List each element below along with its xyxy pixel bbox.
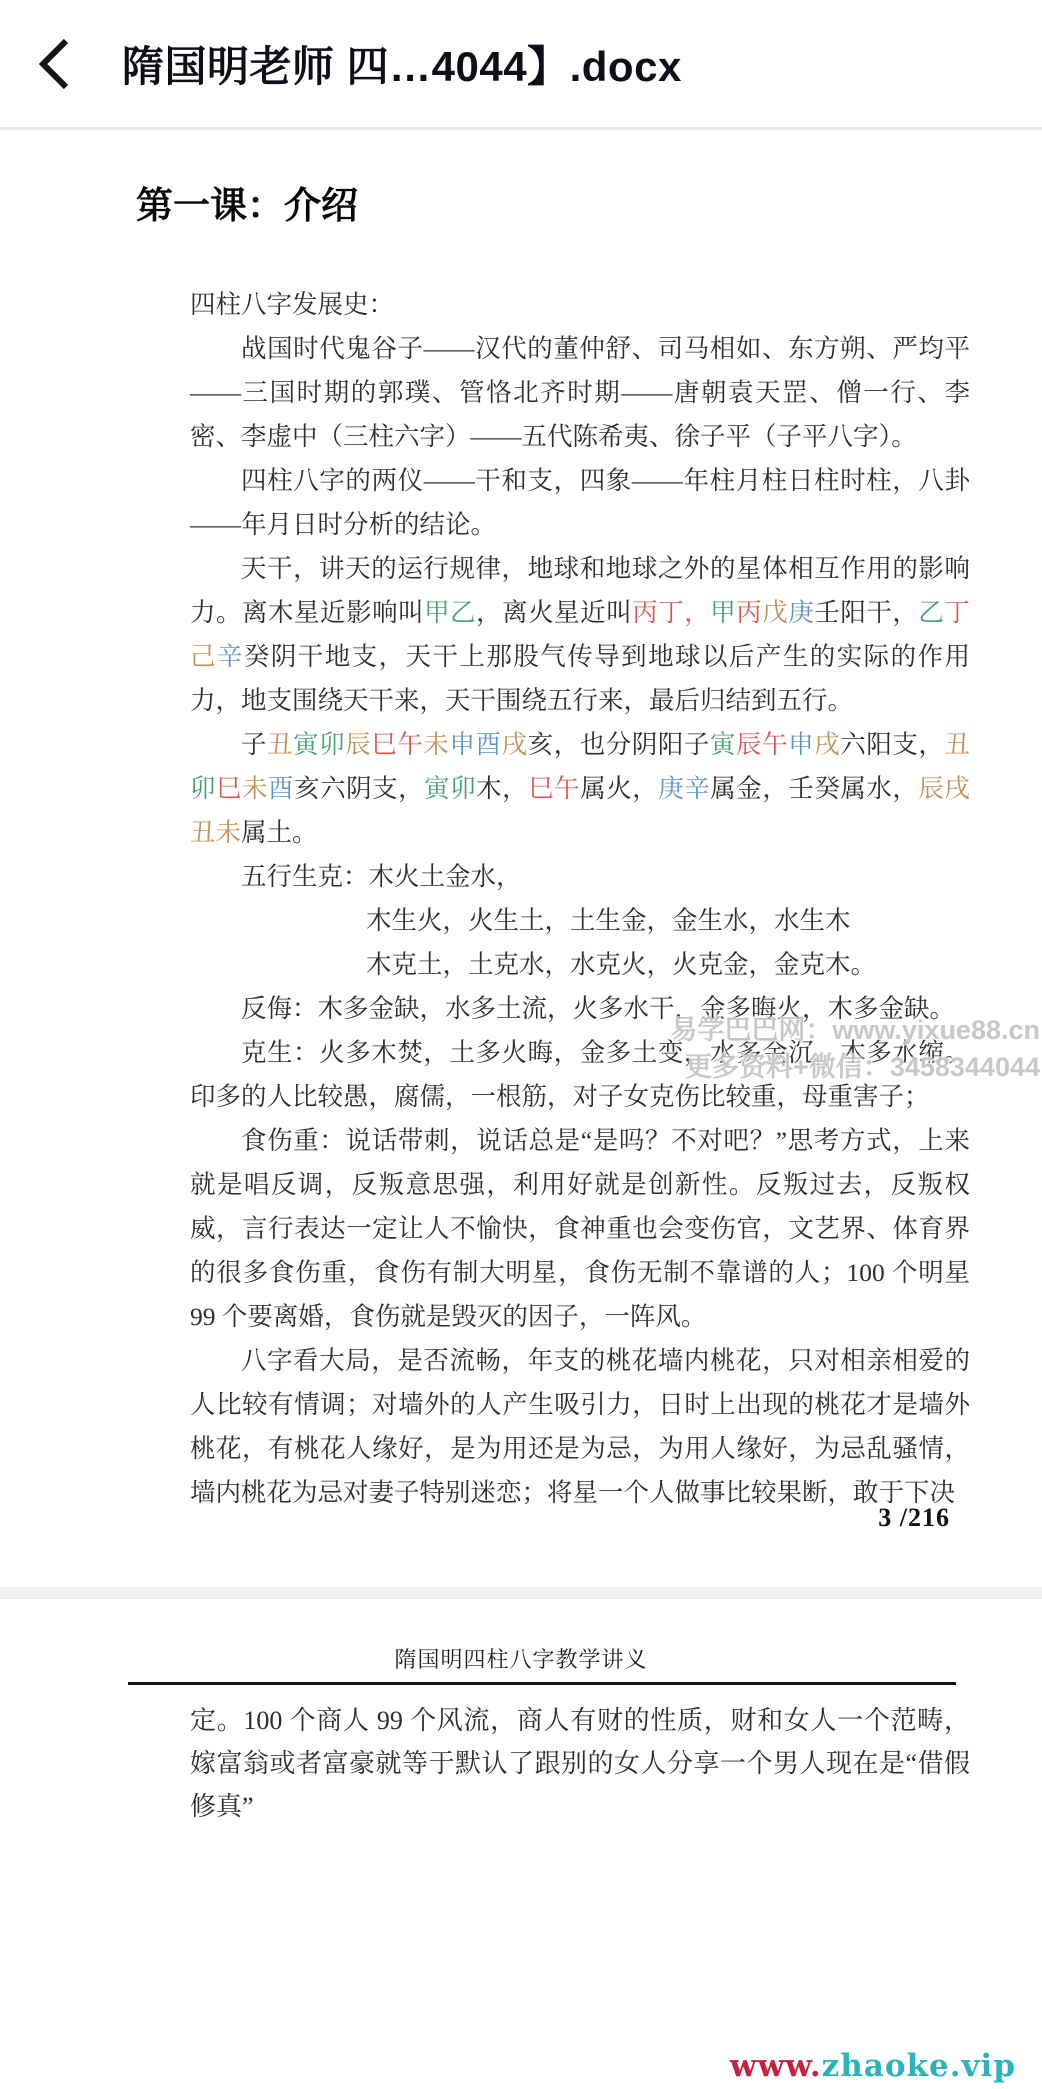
text-segment: 庚辛	[658, 774, 710, 803]
text-segment: 战国时代鬼谷子——汉代的董仲舒、司马相如、东方朔、严均平——三国时期的郭璞、管恪…	[190, 334, 970, 451]
text-segment: 丑	[267, 730, 293, 759]
text-segment: 戌	[814, 730, 840, 759]
text-segment: 己	[190, 642, 217, 671]
paragraph: 子丑寅卯辰巳午未申酉戌亥，也分阴阳子寅辰午申戌六阳支，丑卯巳未酉亥六阴支，寅卯木…	[190, 723, 970, 855]
text-segment: 亥六阴支，	[294, 774, 424, 803]
text-segment: 癸阴干地支，天干上那股气传导到地球以后产生的实际的作用力，地支围绕天干来，天干围…	[190, 642, 970, 715]
text-segment: 未	[423, 730, 449, 759]
text-segment: 六阳支，	[840, 730, 944, 759]
page-number: 3 /216	[878, 1503, 950, 1533]
text-segment: 巳午	[528, 774, 580, 803]
footer-watermark-www: www.	[730, 2048, 822, 2084]
paragraph: 木克土，土克水，水克火，火克金，金克木。	[190, 943, 970, 987]
text-segment: 酉	[268, 774, 294, 803]
paragraph: 食伤重：说话带刺，说话总是“是吗？不对吧？”思考方式，上来就是唱反调，反叛意思强…	[190, 1119, 970, 1339]
document-title: 隋国明老师 四…4044】.docx	[122, 34, 682, 94]
text-segment: 巳	[216, 774, 242, 803]
text-segment: 庚	[788, 598, 814, 627]
text-segment: 寅卯	[293, 730, 345, 759]
text-segment: 寅卯	[424, 774, 476, 803]
text-segment: 食伤重：说话带刺，说话总是“是吗？不对吧？”思考方式，上来就是唱反调，反叛意思强…	[190, 1126, 970, 1331]
page-gap	[0, 1587, 1042, 1599]
text-segment: 属土。	[241, 818, 318, 847]
text-segment: 丁	[944, 598, 970, 627]
text-segment: 丑	[944, 730, 970, 759]
page2-paragraph: 定。100 个商人 99 个风流，商人有财的性质，财和女人一个范畴，嫁富翁或者富…	[190, 1699, 970, 1828]
text-segment: 木克土，土克水，水克火，火克金，金克木。	[366, 950, 876, 979]
lesson-heading: 第一课：介绍	[136, 185, 1042, 229]
text-segment: 四柱八字的两仪——干和支，四象——年柱月柱日柱时柱，八卦——年月日时分析的结论。	[190, 466, 970, 539]
text-segment: 甲	[710, 598, 736, 627]
text-segment: 丙	[736, 598, 762, 627]
text-segment: ，离火星近叫	[476, 598, 632, 627]
text-segment: 八字看大局，是否流畅，年支的桃花墙内桃花，只对相亲相爱的人比较有情调；对墙外的人…	[190, 1346, 970, 1507]
paragraph: 四柱八字发展史：	[190, 283, 970, 327]
paragraph: 木生火，火生土，土生金，金生水，水生木	[190, 899, 970, 943]
text-segment: 巳午	[371, 730, 423, 759]
text-segment: 木生火，火生土，土生金，金生水，水生木	[366, 906, 851, 935]
text-segment: 亥，也分阴阳子	[528, 730, 710, 759]
text-segment: 辰午	[736, 730, 788, 759]
page-2: 隋国明四柱八字教学讲义 定。100 个商人 99 个风流，商人有财的性质，财和女…	[0, 1599, 1042, 2089]
paragraph: 战国时代鬼谷子——汉代的董仲舒、司马相如、东方朔、严均平——三国时期的郭璞、管恪…	[190, 327, 970, 459]
footer-watermark: www.zhaoke.vip	[730, 2048, 1016, 2084]
text-segment: 属金，壬癸属水，	[710, 774, 918, 803]
text-segment: 戌	[502, 730, 528, 759]
text-segment: 申	[788, 730, 814, 759]
text-segment: 辰	[345, 730, 371, 759]
text-segment: 克生：火多木焚，土多火晦，金多土变，水多金沉，木多水缩。印多的人比较愚，腐儒，一…	[190, 1038, 970, 1111]
text-segment: 子	[241, 730, 267, 759]
paragraph: 天干，讲天的运行规律，地球和地球之外的星体相互作用的影响力。离木星近影响叫甲乙，…	[190, 547, 970, 723]
text-segment: 壬阳干，	[814, 598, 918, 627]
text-segment: 甲乙	[424, 598, 476, 627]
paragraph: 反侮：木多金缺，水多土流，火多水干，金多晦火，木多金缺。	[190, 987, 970, 1031]
paragraph: 克生：火多木焚，土多火晦，金多土变，水多金沉，木多水缩。印多的人比较愚，腐儒，一…	[190, 1031, 970, 1119]
app-header: 隋国明老师 四…4044】.docx	[0, 0, 1042, 127]
text-segment: 丙丁，	[632, 598, 710, 627]
text-segment: 寅	[710, 730, 736, 759]
paragraph: 四柱八字的两仪——干和支，四象——年柱月柱日柱时柱，八卦——年月日时分析的结论。	[190, 459, 970, 547]
paragraph: 五行生克：木火土金水，	[190, 855, 970, 899]
text-segment: 木，	[476, 774, 528, 803]
footer-watermark-domain: zhaoke.vip	[822, 2048, 1016, 2084]
page-1: 第一课：介绍 四柱八字发展史：战国时代鬼谷子——汉代的董仲舒、司马相如、东方朔、…	[0, 130, 1042, 1587]
text-segment: 未	[242, 774, 268, 803]
page2-running-header: 隋国明四柱八字教学讲义	[0, 1599, 1042, 1674]
text-segment: 申酉	[449, 730, 501, 759]
back-button[interactable]	[22, 29, 86, 99]
text-segment: 卯	[190, 774, 216, 803]
paragraph: 八字看大局，是否流畅，年支的桃花墙内桃花，只对相亲相爱的人比较有情调；对墙外的人…	[190, 1339, 970, 1515]
doc-body: 四柱八字发展史：战国时代鬼谷子——汉代的董仲舒、司马相如、东方朔、严均平——三国…	[190, 283, 970, 1515]
text-segment: 戊	[762, 598, 788, 627]
text-segment: 五行生克：木火土金水，	[241, 862, 522, 891]
page2-header-rule	[128, 1682, 956, 1685]
text-segment: 属火，	[580, 774, 658, 803]
chevron-left-icon	[34, 36, 74, 92]
text-segment: 乙	[918, 598, 944, 627]
text-segment: 反侮：木多金缺，水多土流，火多水干，金多晦火，木多金缺。	[241, 994, 955, 1023]
text-segment: 辛	[217, 642, 244, 671]
text-segment: 四柱八字发展史：	[190, 290, 394, 319]
